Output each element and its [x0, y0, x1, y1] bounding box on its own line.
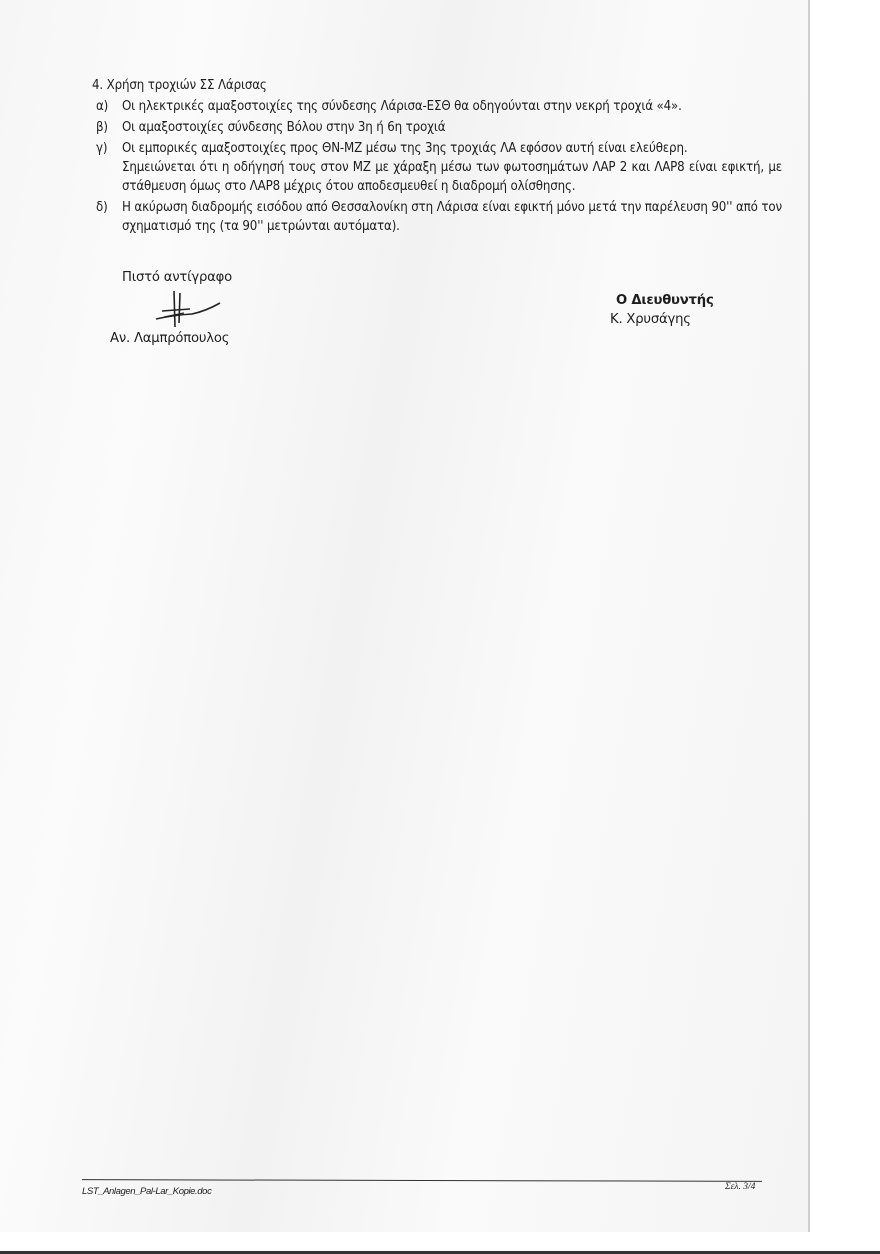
list-item-b: β) Οι αμαξοστοιχίες σύνδεσης Βόλου στην …	[92, 118, 782, 137]
list-item-a: α) Οι ηλεκτρικές αμαξοστοιχίες της σύνδε…	[92, 97, 782, 116]
document-page: 4. Χρήση τροχιών ΣΣ Λάρισας α) Οι ηλεκτρ…	[0, 0, 810, 1232]
footer-divider	[82, 1179, 762, 1183]
page-number: Σελ. 3/4	[725, 1182, 755, 1192]
handwritten-signature-icon	[144, 289, 224, 329]
item-note: Σημειώνεται ότι η οδήγησή τους στον ΜΖ μ…	[122, 158, 782, 196]
director-block: Ο Διευθυντής Κ. Χρυσάγης	[610, 291, 714, 329]
item-marker: α)	[92, 97, 122, 116]
item-text: Η ακύρωση διαδρομής εισόδου από Θεσσαλον…	[122, 198, 782, 236]
item-marker: δ)	[92, 198, 122, 236]
item-text: Οι εμπορικές αμαξοστοιχίες προς ΘΝ-ΜΖ μέ…	[122, 139, 782, 158]
director-title: Ο Διευθυντής	[616, 291, 714, 310]
section-heading: 4. Χρήση τροχιών ΣΣ Λάρισας	[92, 76, 782, 95]
document-body: 4. Χρήση τροχιών ΣΣ Λάρισας α) Οι ηλεκτρ…	[92, 76, 782, 236]
certified-copy-block: Πιστό αντίγραφο Αν. Λαμπρόπουλος	[110, 270, 232, 346]
list-item-d: δ) Η ακύρωση διαδρομής εισόδου από Θεσσα…	[92, 198, 782, 236]
footer-filename: LST_Anlagen_Pal-Lar_Kopie.doc	[82, 1186, 211, 1197]
item-marker: γ)	[92, 139, 122, 196]
item-text: Οι αμαξοστοιχίες σύνδεσης Βόλου στην 3η …	[122, 118, 782, 137]
item-text: Οι ηλεκτρικές αμαξοστοιχίες της σύνδεσης…	[122, 97, 782, 116]
director-name: Κ. Χρυσάγης	[610, 310, 714, 329]
list-item-c: γ) Οι εμπορικές αμαξοστοιχίες προς ΘΝ-ΜΖ…	[92, 139, 782, 196]
signatory-name: Αν. Λαμπρόπουλος	[110, 331, 232, 346]
item-marker: β)	[92, 118, 122, 137]
certified-copy-label: Πιστό αντίγραφο	[122, 270, 232, 285]
